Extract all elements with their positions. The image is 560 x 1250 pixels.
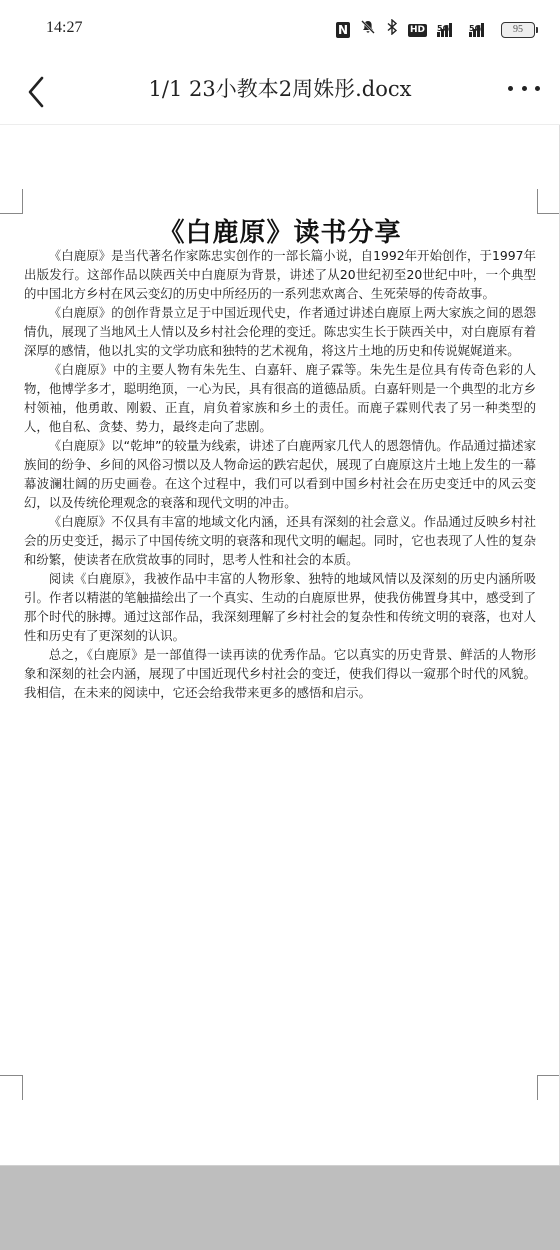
status-icons: N HD 5G 5G 95 bbox=[336, 20, 538, 40]
more-dot bbox=[535, 86, 540, 91]
page-gap-background bbox=[0, 1165, 560, 1250]
paragraph: 《白鹿原》中的主要人物有朱先生、白嘉轩、鹿子霖等。朱先生是位具有传奇色彩的人物，… bbox=[24, 360, 536, 436]
paragraph: 阅读《白鹿原》，我被作品中丰富的人物形象、独特的地域风情以及深刻的历史内涵所吸引… bbox=[24, 569, 536, 645]
crop-mark-top-left bbox=[0, 189, 23, 214]
paragraph: 总之，《白鹿原》是一部值得一读再读的优秀作品。它以真实的历史背景、鲜活的人物形象… bbox=[24, 645, 536, 702]
bluetooth-icon bbox=[386, 19, 398, 41]
crop-mark-bottom-left bbox=[0, 1075, 23, 1100]
sim1-label: 5G bbox=[437, 19, 449, 39]
paragraph: 《白鹿原》的创作背景立足于中国近现代史，作者通过讲述白鹿原上两大家族之间的恩怨情… bbox=[24, 303, 536, 360]
paragraph: 《白鹿原》是当代著名作家陈忠实创作的一部长篇小说，自1992年开始创作，于199… bbox=[24, 246, 536, 303]
signal-5g-icon: 5G bbox=[437, 23, 459, 37]
document-title: 1/1 23小教本2周姝彤.docx bbox=[0, 73, 560, 103]
battery-level: 95 bbox=[501, 22, 535, 38]
status-bar: 14:27 N HD 5G 5G 95 bbox=[0, 0, 560, 60]
hd-icon: HD bbox=[408, 24, 427, 37]
sim2-label: 5G bbox=[469, 19, 481, 39]
signal-5g-icon: 5G bbox=[469, 23, 491, 37]
mute-bell-icon bbox=[360, 19, 376, 41]
document-body: 《白鹿原》是当代著名作家陈忠实创作的一部长篇小说，自1992年开始创作，于199… bbox=[24, 246, 536, 702]
nfc-icon: N bbox=[336, 22, 350, 38]
app-bar: 1/1 23小教本2周姝彤.docx bbox=[0, 60, 560, 125]
document-heading: 《白鹿原》读书分享 bbox=[0, 212, 560, 249]
crop-mark-bottom-right bbox=[537, 1075, 560, 1100]
more-options-button[interactable] bbox=[508, 76, 540, 100]
more-horizontal-icon bbox=[508, 86, 513, 91]
more-dot bbox=[522, 86, 527, 91]
paragraph: 《白鹿原》不仅具有丰富的地域文化内涵，还具有深刻的社会意义。作品通过反映乡村社会… bbox=[24, 512, 536, 569]
battery-icon: 95 bbox=[501, 22, 538, 38]
status-time: 14:27 bbox=[46, 19, 82, 37]
crop-mark-top-right bbox=[537, 189, 560, 214]
paragraph: 《白鹿原》以“乾坤”的较量为线索，讲述了白鹿两家几代人的恩怨情仇。作品通过描述家… bbox=[24, 436, 536, 512]
